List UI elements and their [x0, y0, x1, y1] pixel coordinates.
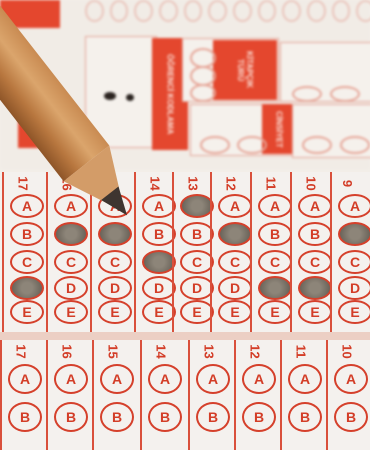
header-label-cinsiyet: CİNSİYET — [262, 104, 296, 154]
question-number: 10 — [340, 344, 355, 358]
question-column-14-lower: 14 A B — [140, 340, 188, 450]
question-column-16-lower: 16 A B — [46, 340, 94, 450]
header-label-kitapcik-turu: KİTAPÇIK TÜRÜ — [213, 40, 277, 100]
bubble-d-filled: D — [10, 276, 44, 300]
kitapcik-bubble-a — [190, 48, 216, 68]
bubble-a: A — [288, 364, 322, 394]
right-bubble-3 — [292, 86, 322, 102]
question-column-10-lower: 10 A B — [326, 340, 370, 450]
question-column-9: 9 A B C D E — [330, 172, 370, 332]
bubble-a: A — [334, 364, 368, 394]
question-column-13-lower: 13 A B — [188, 340, 236, 450]
question-number: 14 — [148, 176, 163, 190]
bubble-c: C — [218, 250, 252, 274]
bubble-e: E — [218, 300, 252, 324]
bubble-e: E — [338, 300, 370, 324]
bubble-b: B — [196, 402, 230, 432]
question-column-15-lower: 15 A B — [92, 340, 140, 450]
bubble-e: E — [180, 300, 214, 324]
question-number: 14 — [154, 344, 169, 358]
bubble-c: C — [54, 250, 88, 274]
bubble-d: D — [142, 276, 176, 300]
bubble-a: A — [100, 364, 134, 394]
question-number: 11 — [293, 345, 308, 359]
bubble-b: B — [288, 402, 322, 432]
bubble-c: C — [338, 250, 370, 274]
right-bubble-4 — [330, 86, 360, 102]
bubble-a: A — [242, 364, 276, 394]
bubble-e: E — [98, 300, 132, 324]
bubble-b: B — [298, 222, 332, 246]
photo-scene: ÖĞRENCİ KODLAMA KİTAPÇIK TÜRÜ CİNSİYET 1… — [0, 0, 370, 450]
bubble-b-filled: B — [218, 222, 252, 246]
bubble-b: B — [54, 402, 88, 432]
bubble-b: B — [242, 402, 276, 432]
bubble-b-filled: B — [54, 222, 88, 246]
bubble-c-filled: C — [142, 250, 176, 274]
bubble-e: E — [54, 300, 88, 324]
kitapcik-bubble-b — [190, 66, 216, 86]
bubble-a: A — [218, 194, 252, 218]
bubble-d: D — [180, 276, 214, 300]
right-bubble-1 — [302, 136, 332, 154]
bubble-b: B — [100, 402, 134, 432]
bubble-b-filled: B — [338, 222, 370, 246]
bubble-a-filled: A — [180, 194, 214, 218]
bubble-d: D — [218, 276, 252, 300]
answer-sheet: 17 A B C D E 16 A B C D E 15 A B C D E 1… — [0, 172, 370, 450]
bubble-c: C — [258, 250, 292, 274]
bubble-e: E — [10, 300, 44, 324]
section-divider — [0, 332, 370, 340]
gender-bubble-erkek — [237, 136, 267, 154]
bubble-c: C — [10, 250, 44, 274]
bubble-a: A — [10, 194, 44, 218]
bubble-e: E — [142, 300, 176, 324]
question-number: 13 — [202, 344, 217, 358]
bubble-e: E — [298, 300, 332, 324]
bubble-b: B — [148, 402, 182, 432]
question-number: 13 — [186, 176, 201, 190]
question-number: 9 — [340, 180, 355, 187]
bubble-d-filled: D — [258, 276, 292, 300]
right-bubble-2 — [340, 136, 370, 154]
bubble-d: D — [338, 276, 370, 300]
bubble-d-filled: D — [298, 276, 332, 300]
question-column-12-lower: 12 A B — [234, 340, 282, 450]
question-number: 12 — [248, 344, 263, 358]
bubble-a: A — [54, 364, 88, 394]
question-number: 11 — [263, 177, 278, 191]
bubble-c: C — [180, 250, 214, 274]
bubble-a: A — [148, 364, 182, 394]
bubble-b: B — [180, 222, 214, 246]
question-column-17-lower: 17 A B — [0, 340, 48, 450]
bubble-a: A — [8, 364, 42, 394]
bubble-a: A — [258, 194, 292, 218]
question-column-11-lower: 11 A B — [280, 340, 328, 450]
bubble-b: B — [142, 222, 176, 246]
question-number: 16 — [60, 344, 75, 358]
bubble-b: B — [334, 402, 368, 432]
bubble-b: B — [8, 402, 42, 432]
question-number: 10 — [304, 176, 319, 190]
bubble-b: B — [258, 222, 292, 246]
gender-bubble-kiz — [200, 136, 230, 154]
bubble-a: A — [298, 194, 332, 218]
bubble-e: E — [258, 300, 292, 324]
bubble-a: A — [196, 364, 230, 394]
bubble-c: C — [98, 250, 132, 274]
bubble-c: C — [298, 250, 332, 274]
ink-dot — [104, 92, 116, 100]
question-number: 17 — [14, 344, 29, 358]
bubble-b: B — [10, 222, 44, 246]
question-column-17: 17 A B C D E — [2, 172, 50, 332]
question-number: 17 — [16, 176, 31, 190]
bubble-d: D — [98, 276, 132, 300]
bubble-a: A — [338, 194, 370, 218]
question-number: 12 — [224, 176, 239, 190]
ink-dot — [126, 94, 134, 101]
question-number: 15 — [106, 344, 121, 358]
faint-bubble-row — [85, 0, 370, 22]
kitapcik-bubble-c — [190, 84, 216, 102]
bubble-d: D — [54, 276, 88, 300]
